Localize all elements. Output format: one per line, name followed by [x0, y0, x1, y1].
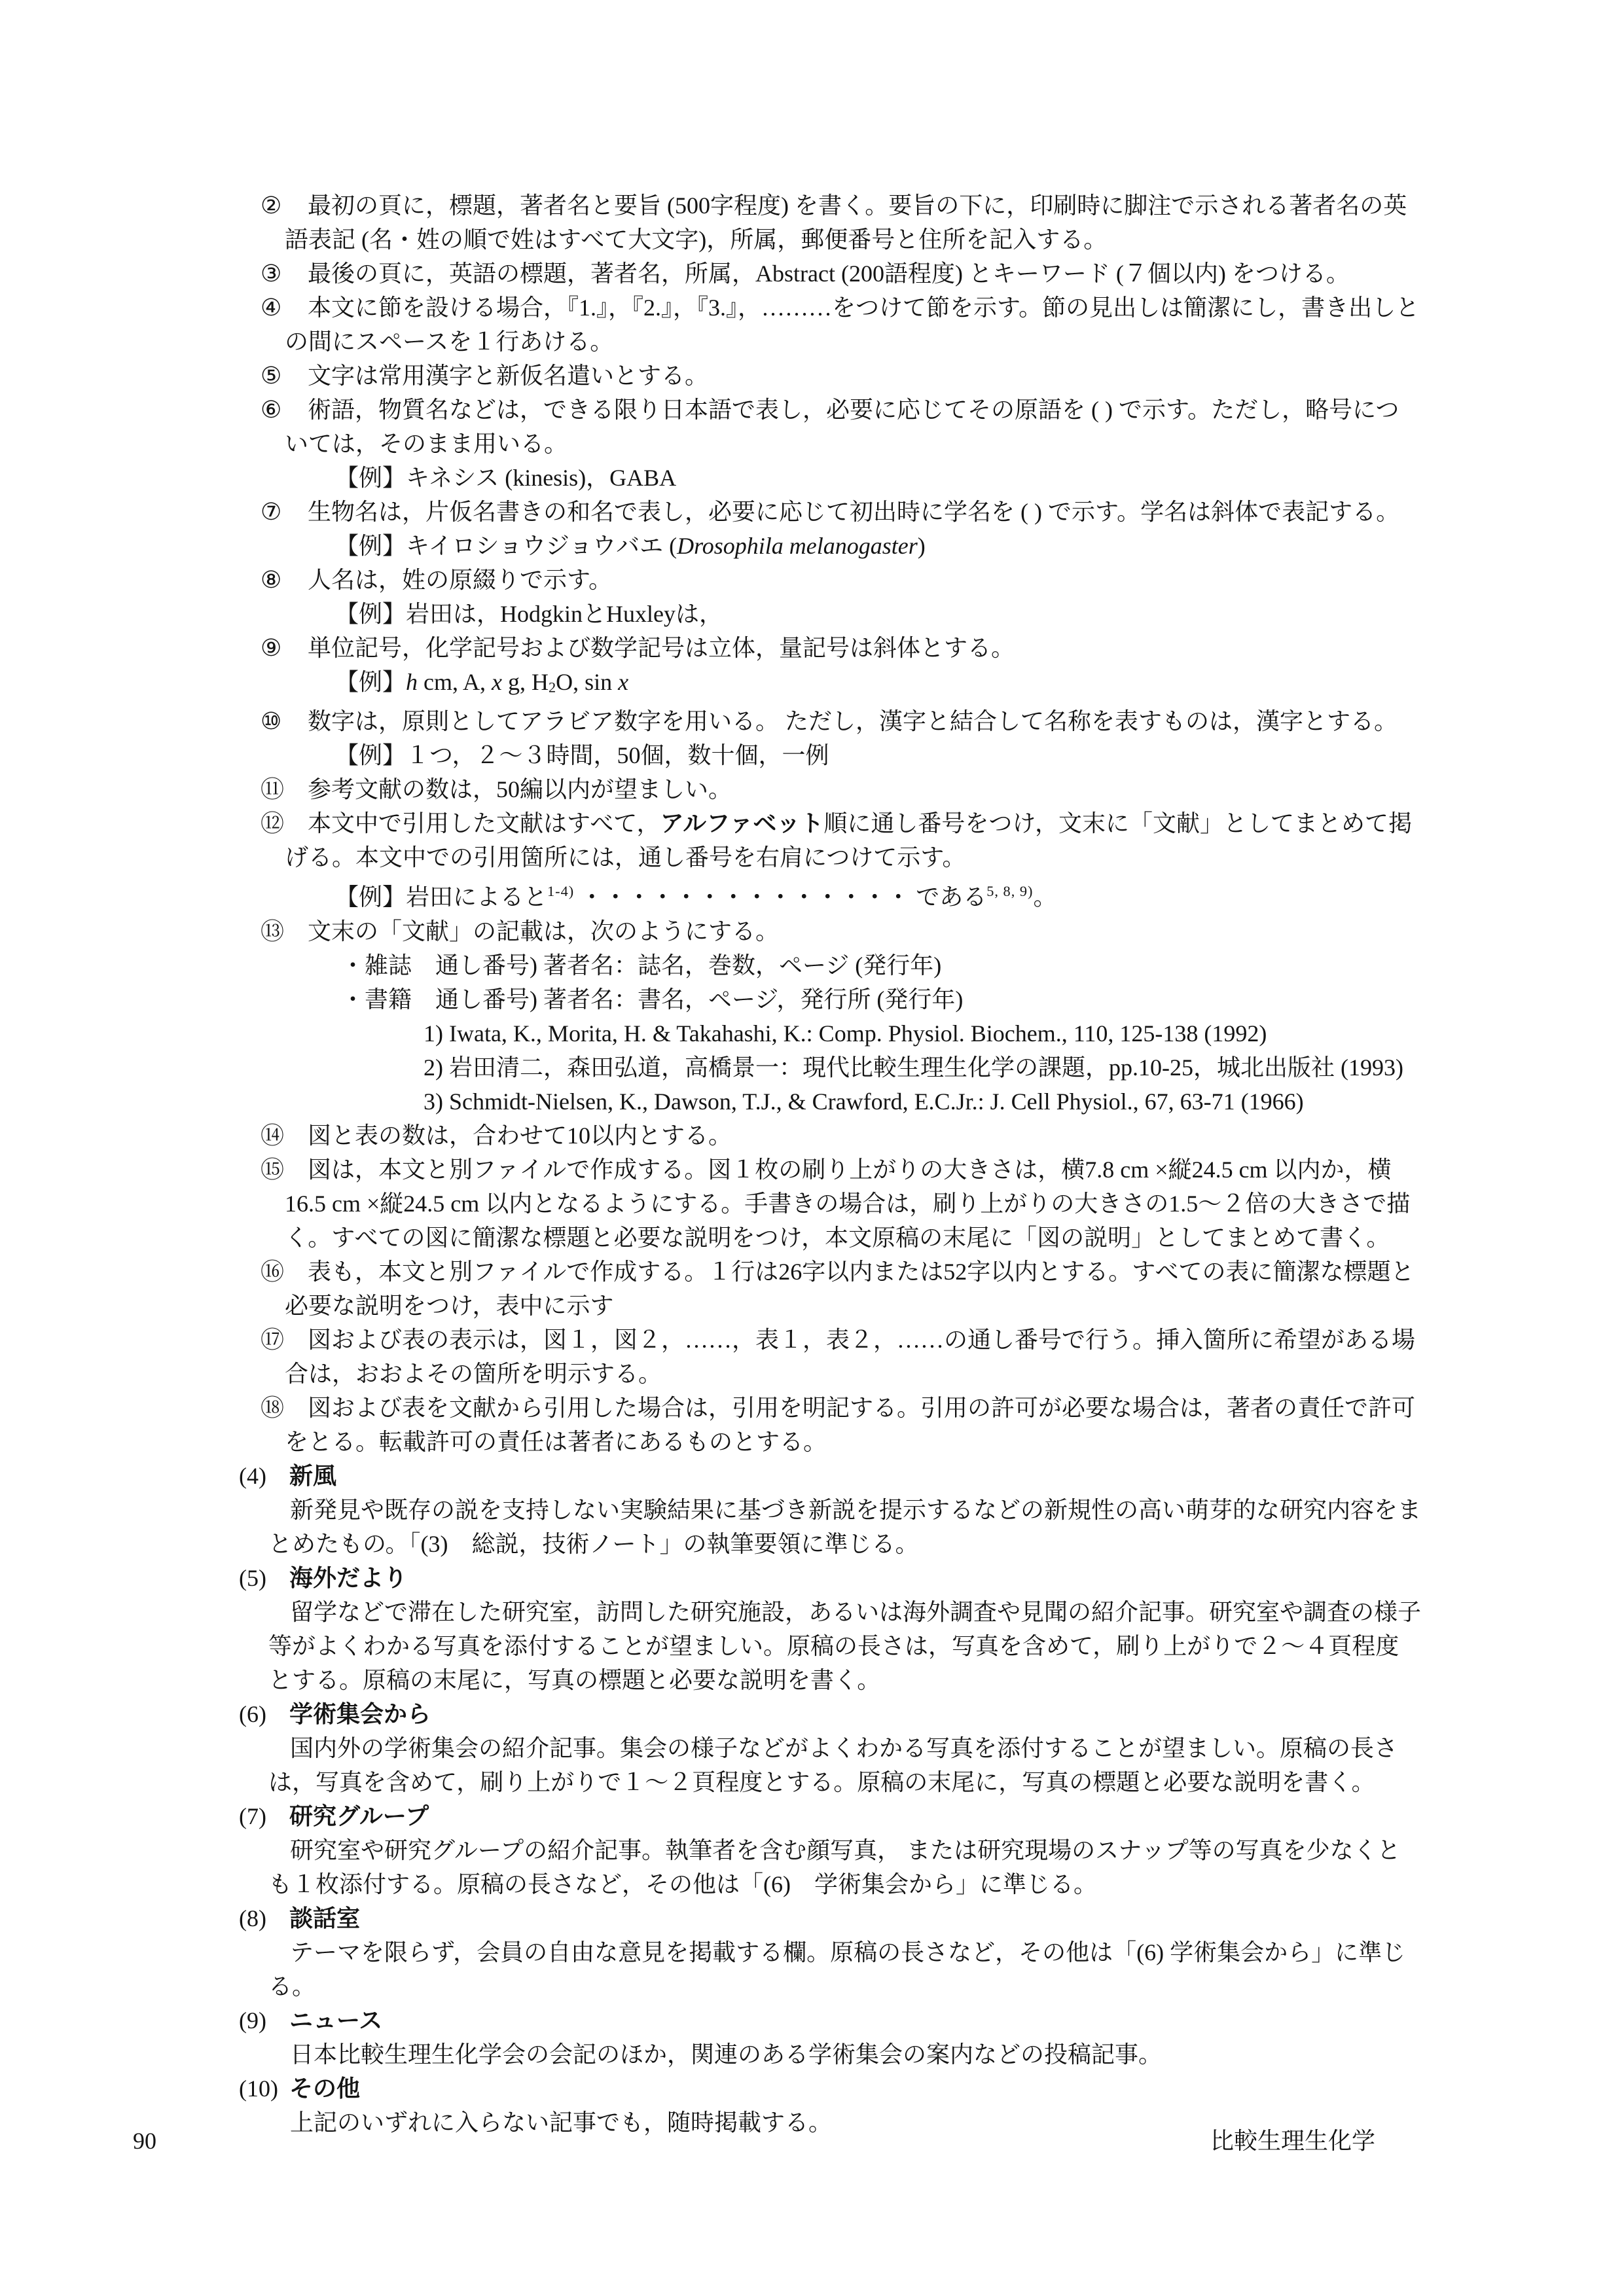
block-text: その他 [239, 2072, 1421, 2106]
text-run: アルファベット [660, 810, 824, 836]
section-heading-8: (8)談話室 [239, 1901, 1421, 1935]
text-run: 新風 [289, 1462, 336, 1489]
bullet-journal-format: ・雑誌 通し番号) 著者名：誌名，巻数，ページ (発行年) [239, 948, 1421, 982]
text-run: cm, A, [418, 669, 492, 695]
journal-title: 比較生理生化学 [1210, 2124, 1375, 2158]
text-run: x [492, 669, 502, 695]
example-terms: 【例】キネシス (kinesis)，GABA [239, 461, 1421, 495]
text-run: g, H [502, 669, 549, 695]
text-run: 本文に節を設ける場合，『1.』，『2.』，『3.』，………をつけて節を示す。節の… [285, 295, 1419, 355]
text-run: 研究グループ [289, 1803, 429, 1829]
text-run: 5, 8, 9) [986, 883, 1033, 899]
item-number: ② [261, 188, 281, 223]
text-run: 表も，本文と別ファイルで作成する。１行は26字以内または52字以内とする。すべて… [285, 1259, 1415, 1319]
block-text: 最初の頁に，標題，著者名と要旨 (500字程度) を書く。要旨の下に，印刷時に脚… [239, 188, 1421, 257]
block-text: 人名は，姓の原綴りで示す。 [239, 563, 1421, 597]
text-run: 研究室や研究グループの紹介記事。執筆者を含む顔写真， または研究現場のスナップ等… [268, 1837, 1401, 1897]
section-number: (6) [239, 1697, 266, 1731]
text-run: 【例】キイロショウジョウバエ ( [335, 533, 677, 559]
section-heading-6: (6)学術集会から [239, 1697, 1421, 1731]
block-text: 留学などで滞在した研究室，訪問した研究施設，あるいは海外調査や見聞の紹介記事。研… [239, 1595, 1421, 1697]
block-text: ・書籍 通し番号) 著者名：書名，ページ，発行所 (発行年) [239, 982, 1421, 1016]
block-text: 新風 [239, 1459, 1421, 1493]
text-run: 。 [1033, 884, 1056, 910]
block-text: 【例】h cm, A, x g, H2O, sin x [239, 665, 1421, 704]
text-run: 図は，本文と別ファイルで作成する。図１枚の刷り上がりの大きさは，横7.8 cm … [285, 1157, 1410, 1251]
block-text: 表も，本文と別ファイルで作成する。１行は26字以内または52字以内とする。すべて… [239, 1255, 1421, 1323]
block-text: 新発見や既存の説を支持しない実験結果に基づき新説を提示するなどの新規性の高い萌芽… [239, 1493, 1421, 1561]
block-text: 談話室 [239, 1901, 1421, 1935]
block-text: 図と表の数は，合わせて10以内とする。 [239, 1119, 1421, 1153]
item-number: ④ [261, 291, 281, 325]
text-run: 図と表の数は，合わせて10以内とする。 [308, 1122, 732, 1149]
text-run: O, sin [556, 669, 618, 695]
item-number: ⑱ [261, 1391, 284, 1425]
block-text: 【例】１つ，２～３時間，50個，数十個，一例 [239, 738, 1421, 772]
text-run: 参考文献の数は，50編以内が望ましい。 [308, 776, 732, 802]
section-number: (9) [239, 2003, 266, 2037]
text-run: 最初の頁に，標題，著者名と要旨 (500字程度) を書く。要旨の下に，印刷時に脚… [285, 192, 1407, 253]
block-text: 参考文献の数は，50編以内が望ましい。 [239, 772, 1421, 806]
text-run: 【例】岩田は，HodgkinとHuxleyは， [335, 601, 723, 627]
text-run: 数字は，原則としてアラビア数字を用いる。 ただし，漢字と結合して名称を表すものは… [308, 708, 1398, 734]
text-run: 海外だより [289, 1564, 407, 1591]
block-text: 【例】キネシス (kinesis)，GABA [239, 461, 1421, 495]
text-run: 談話室 [289, 1905, 360, 1931]
section-body-6: 国内外の学術集会の紹介記事。集会の様子などがよくわかる写真を添付することが望まし… [239, 1731, 1421, 1799]
text-run: テーマを限らず，会員の自由な意見を掲載する欄。原稿の長さなど，その他は「(6) … [268, 1939, 1405, 2000]
guideline-item-2: ②最初の頁に，標題，著者名と要旨 (500字程度) を書く。要旨の下に，印刷時に… [239, 188, 1421, 257]
block-text: 研究グループ [239, 1799, 1421, 1833]
block-text: 本文中で引用した文献はすべて，アルファベット順に通し番号をつけ，文末に「文献」と… [239, 806, 1421, 874]
text-run: 図および表の表示は，図１，図２，……，表１，表２，……の通し番号で行う。挿入箇所… [285, 1327, 1415, 1387]
item-number: ⑬ [261, 914, 284, 948]
item-number: ⑤ [261, 359, 281, 393]
text-run: 単位記号，化学記号および数学記号は立体，量記号は斜体とする。 [308, 635, 1015, 661]
text-run: ・雑誌 通し番号) 著者名：誌名，巻数，ページ (発行年) [341, 952, 941, 978]
text-run: Drosophila melanogaster [677, 533, 918, 559]
block-text: 2) 岩田清二，森田弘道，高橋景一：現代比較生理生化学の課題，pp.10-25，… [239, 1050, 1421, 1085]
guideline-item-12: ⑫本文中で引用した文献はすべて，アルファベット順に通し番号をつけ，文末に「文献」… [239, 806, 1421, 874]
item-number: ⑰ [261, 1323, 284, 1357]
block-text: 生物名は，片仮名書きの和名で表し，必要に応じて初出時に学名を ( ) で示す。学… [239, 495, 1421, 529]
document-page: ②最初の頁に，標題，著者名と要旨 (500字程度) を書く。要旨の下に，印刷時に… [0, 0, 1624, 2296]
guideline-item-8: ⑧人名は，姓の原綴りで示す。 [239, 563, 1421, 597]
guideline-item-9: ⑨単位記号，化学記号および数学記号は立体，量記号は斜体とする。 [239, 631, 1421, 665]
text-run: 1-4) [547, 883, 574, 899]
text-run: 2 [549, 679, 556, 695]
item-number: ⑪ [261, 772, 284, 806]
section-number: (5) [239, 1561, 266, 1595]
block-text: ・雑誌 通し番号) 著者名：誌名，巻数，ページ (発行年) [239, 948, 1421, 982]
example-symbols: 【例】h cm, A, x g, H2O, sin x [239, 665, 1421, 704]
block-text: 海外だより [239, 1561, 1421, 1595]
guideline-item-13: ⑬文末の「文献」の記載は，次のようにする。 [239, 914, 1421, 948]
example-names: 【例】岩田は，HodgkinとHuxleyは， [239, 597, 1421, 631]
reference-entry-3: 3) Schmidt-Nielsen, K., Dawson, T.J., & … [239, 1085, 1421, 1119]
text-run: 人名は，姓の原綴りで示す。 [308, 567, 612, 593]
reference-entry-1: 1) Iwata, K., Morita, H. & Takahashi, K.… [239, 1016, 1421, 1050]
reference-entry-2: 2) 岩田清二，森田弘道，高橋景一：現代比較生理生化学の課題，pp.10-25，… [239, 1050, 1421, 1085]
block-text: 【例】キイロショウジョウバエ (Drosophila melanogaster) [239, 529, 1421, 563]
text-run: 文字は常用漢字と新仮名遣いとする。 [308, 363, 708, 389]
text-run: 3) Schmidt-Nielsen, K., Dawson, T.J., & … [424, 1088, 1304, 1115]
section-heading-5: (5)海外だより [239, 1561, 1421, 1595]
guideline-item-10: ⑩数字は，原則としてアラビア数字を用いる。 ただし，漢字と結合して名称を表すもの… [239, 704, 1421, 738]
section-number: (8) [239, 1901, 266, 1935]
item-number: ⑥ [261, 393, 281, 427]
text-run: 留学などで滞在した研究室，訪問した研究施設，あるいは海外調査や見聞の紹介記事。研… [268, 1599, 1421, 1693]
example-species: 【例】キイロショウジョウバエ (Drosophila melanogaster) [239, 529, 1421, 563]
text-run: 学術集会から [289, 1700, 431, 1727]
block-text: 3) Schmidt-Nielsen, K., Dawson, T.J., & … [239, 1085, 1421, 1119]
block-text: 図は，本文と別ファイルで作成する。図１枚の刷り上がりの大きさは，横7.8 cm … [239, 1153, 1421, 1255]
guideline-item-15: ⑮図は，本文と別ファイルで作成する。図１枚の刷り上がりの大きさは，横7.8 cm… [239, 1153, 1421, 1255]
example-numbers: 【例】１つ，２～３時間，50個，数十個，一例 [239, 738, 1421, 772]
block-text: 【例】岩田は，HodgkinとHuxleyは， [239, 597, 1421, 631]
text-run: ・書籍 通し番号) 著者名：書名，ページ，発行所 (発行年) [341, 986, 963, 1013]
guideline-item-3: ③最後の頁に，英語の標題，著者名，所属，Abstract (200語程度) とキ… [239, 257, 1421, 291]
text-run: x [618, 669, 628, 695]
block-text: 最後の頁に，英語の標題，著者名，所属，Abstract (200語程度) とキー… [239, 257, 1421, 291]
text-run: 1) Iwata, K., Morita, H. & Takahashi, K.… [424, 1020, 1267, 1047]
text-run: 生物名は，片仮名書きの和名で表し，必要に応じて初出時に学名を ( ) で示す。学… [308, 499, 1399, 525]
text-run: 【例】キネシス (kinesis)，GABA [335, 465, 676, 491]
text-run: 【例】岩田によると [335, 884, 547, 910]
section-heading-9: (9)ニュース [239, 2003, 1421, 2037]
item-number: ⑮ [261, 1153, 284, 1187]
text-run: 本文中で引用した文献はすべて， [308, 810, 660, 836]
text-run: ニュース [289, 2007, 382, 2034]
guideline-item-18: ⑱図および表を文献から引用した場合は，引用を明記する。引用の許可が必要な場合は，… [239, 1391, 1421, 1459]
section-body-5: 留学などで滞在した研究室，訪問した研究施設，あるいは海外調査や見聞の紹介記事。研… [239, 1595, 1421, 1697]
section-body-9: 日本比較生理生化学会の会記のほか，関連のある学術集会の案内などの投稿記事。 [239, 2037, 1421, 2072]
item-number: ⑭ [261, 1119, 284, 1153]
section-number: (4) [239, 1459, 266, 1493]
block-text: テーマを限らず，会員の自由な意見を掲載する欄。原稿の長さなど，その他は「(6) … [239, 1935, 1421, 2003]
block-text: 文字は常用漢字と新仮名遣いとする。 [239, 359, 1421, 393]
block-text: 文末の「文献」の記載は，次のようにする。 [239, 914, 1421, 948]
section-heading-7: (7)研究グループ [239, 1799, 1421, 1833]
item-number: ⑯ [261, 1255, 284, 1289]
block-text: 術語，物質名などは，できる限り日本語で表し，必要に応じてその原語を ( ) で示… [239, 393, 1421, 461]
block-text: 日本比較生理生化学会の会記のほか，関連のある学術集会の案内などの投稿記事。 [239, 2037, 1421, 2072]
text-run: 上記のいずれに入らない記事でも，随時掲載する。 [290, 2109, 832, 2136]
item-number: ⑦ [261, 495, 281, 529]
block-text: ニュース [239, 2003, 1421, 2037]
section-heading-4: (4)新風 [239, 1459, 1421, 1493]
block-text: 単位記号，化学記号および数学記号は立体，量記号は斜体とする。 [239, 631, 1421, 665]
guideline-item-7: ⑦生物名は，片仮名書きの和名で表し，必要に応じて初出時に学名を ( ) で示す。… [239, 495, 1421, 529]
block-text: 数字は，原則としてアラビア数字を用いる。 ただし，漢字と結合して名称を表すものは… [239, 704, 1421, 738]
item-number: ⑨ [261, 631, 281, 665]
text-run: ・・・・・・・・・・・・・・ である [574, 884, 986, 910]
guideline-item-17: ⑰図および表の表示は，図１，図２，……，表１，表２，……の通し番号で行う。挿入箇… [239, 1323, 1421, 1391]
text-run: ) [918, 533, 926, 559]
block-text: 本文に節を設ける場合，『1.』，『2.』，『3.』，………をつけて節を示す。節の… [239, 291, 1421, 359]
document-body: ②最初の頁に，標題，著者名と要旨 (500字程度) を書く。要旨の下に，印刷時に… [239, 188, 1421, 2140]
text-run: h [406, 669, 418, 695]
text-run: 図および表を文献から引用した場合は，引用を明記する。引用の許可が必要な場合は，著… [285, 1395, 1415, 1455]
section-number: (10) [239, 2072, 278, 2106]
text-run: 術語，物質名などは，できる限り日本語で表し，必要に応じてその原語を ( ) で示… [285, 397, 1399, 457]
section-body-8: テーマを限らず，会員の自由な意見を掲載する欄。原稿の長さなど，その他は「(6) … [239, 1935, 1421, 2003]
block-text: 図および表の表示は，図１，図２，……，表１，表２，……の通し番号で行う。挿入箇所… [239, 1323, 1421, 1391]
text-run: 2) 岩田清二，森田弘道，高橋景一：現代比較生理生化学の課題，pp.10-25，… [424, 1054, 1403, 1081]
block-text: 学術集会から [239, 1697, 1421, 1731]
block-text: 研究室や研究グループの紹介記事。執筆者を含む顔写真， または研究現場のスナップ等… [239, 1833, 1421, 1901]
item-number: ⑫ [261, 806, 284, 840]
guideline-item-4: ④本文に節を設ける場合，『1.』，『2.』，『3.』，………をつけて節を示す。節… [239, 291, 1421, 359]
guideline-item-5: ⑤文字は常用漢字と新仮名遣いとする。 [239, 359, 1421, 393]
example-citation: 【例】岩田によると1-4) ・・・・・・・・・・・・・・ である5, 8, 9)… [239, 874, 1421, 914]
text-run: 日本比較生理生化学会の会記のほか，関連のある学術集会の案内などの投稿記事。 [290, 2041, 1162, 2068]
guideline-item-6: ⑥術語，物質名などは，できる限り日本語で表し，必要に応じてその原語を ( ) で… [239, 393, 1421, 461]
block-text: 国内外の学術集会の紹介記事。集会の様子などがよくわかる写真を添付することが望まし… [239, 1731, 1421, 1799]
page-number: 90 [133, 2124, 156, 2158]
bullet-book-format: ・書籍 通し番号) 著者名：書名，ページ，発行所 (発行年) [239, 982, 1421, 1016]
text-run: 【例】 [335, 669, 406, 695]
item-number: ⑩ [261, 704, 281, 738]
item-number: ③ [261, 257, 281, 291]
guideline-item-14: ⑭図と表の数は，合わせて10以内とする。 [239, 1119, 1421, 1153]
block-text: 【例】岩田によると1-4) ・・・・・・・・・・・・・・ である5, 8, 9)… [239, 874, 1421, 914]
guideline-item-11: ⑪参考文献の数は，50編以内が望ましい。 [239, 772, 1421, 806]
text-run: その他 [289, 2075, 360, 2102]
text-run: 国内外の学術集会の紹介記事。集会の様子などがよくわかる写真を添付することが望まし… [268, 1735, 1398, 1795]
text-run: 【例】１つ，２～３時間，50個，数十個，一例 [335, 742, 829, 768]
section-heading-10: (10)その他 [239, 2072, 1421, 2106]
block-text: 1) Iwata, K., Morita, H. & Takahashi, K.… [239, 1016, 1421, 1050]
section-body-7: 研究室や研究グループの紹介記事。執筆者を含む顔写真， または研究現場のスナップ等… [239, 1833, 1421, 1901]
guideline-item-16: ⑯表も，本文と別ファイルで作成する。１行は26字以内または52字以内とする。すべ… [239, 1255, 1421, 1323]
text-run: 最後の頁に，英語の標題，著者名，所属，Abstract (200語程度) とキー… [308, 260, 1350, 287]
section-body-4: 新発見や既存の説を支持しない実験結果に基づき新説を提示するなどの新規性の高い萌芽… [239, 1493, 1421, 1561]
item-number: ⑧ [261, 563, 281, 597]
text-run: 新発見や既存の説を支持しない実験結果に基づき新説を提示するなどの新規性の高い萌芽… [268, 1497, 1421, 1557]
block-text: 図および表を文献から引用した場合は，引用を明記する。引用の許可が必要な場合は，著… [239, 1391, 1421, 1459]
section-number: (7) [239, 1799, 266, 1833]
text-run: 文末の「文献」の記載は，次のようにする。 [308, 918, 779, 944]
